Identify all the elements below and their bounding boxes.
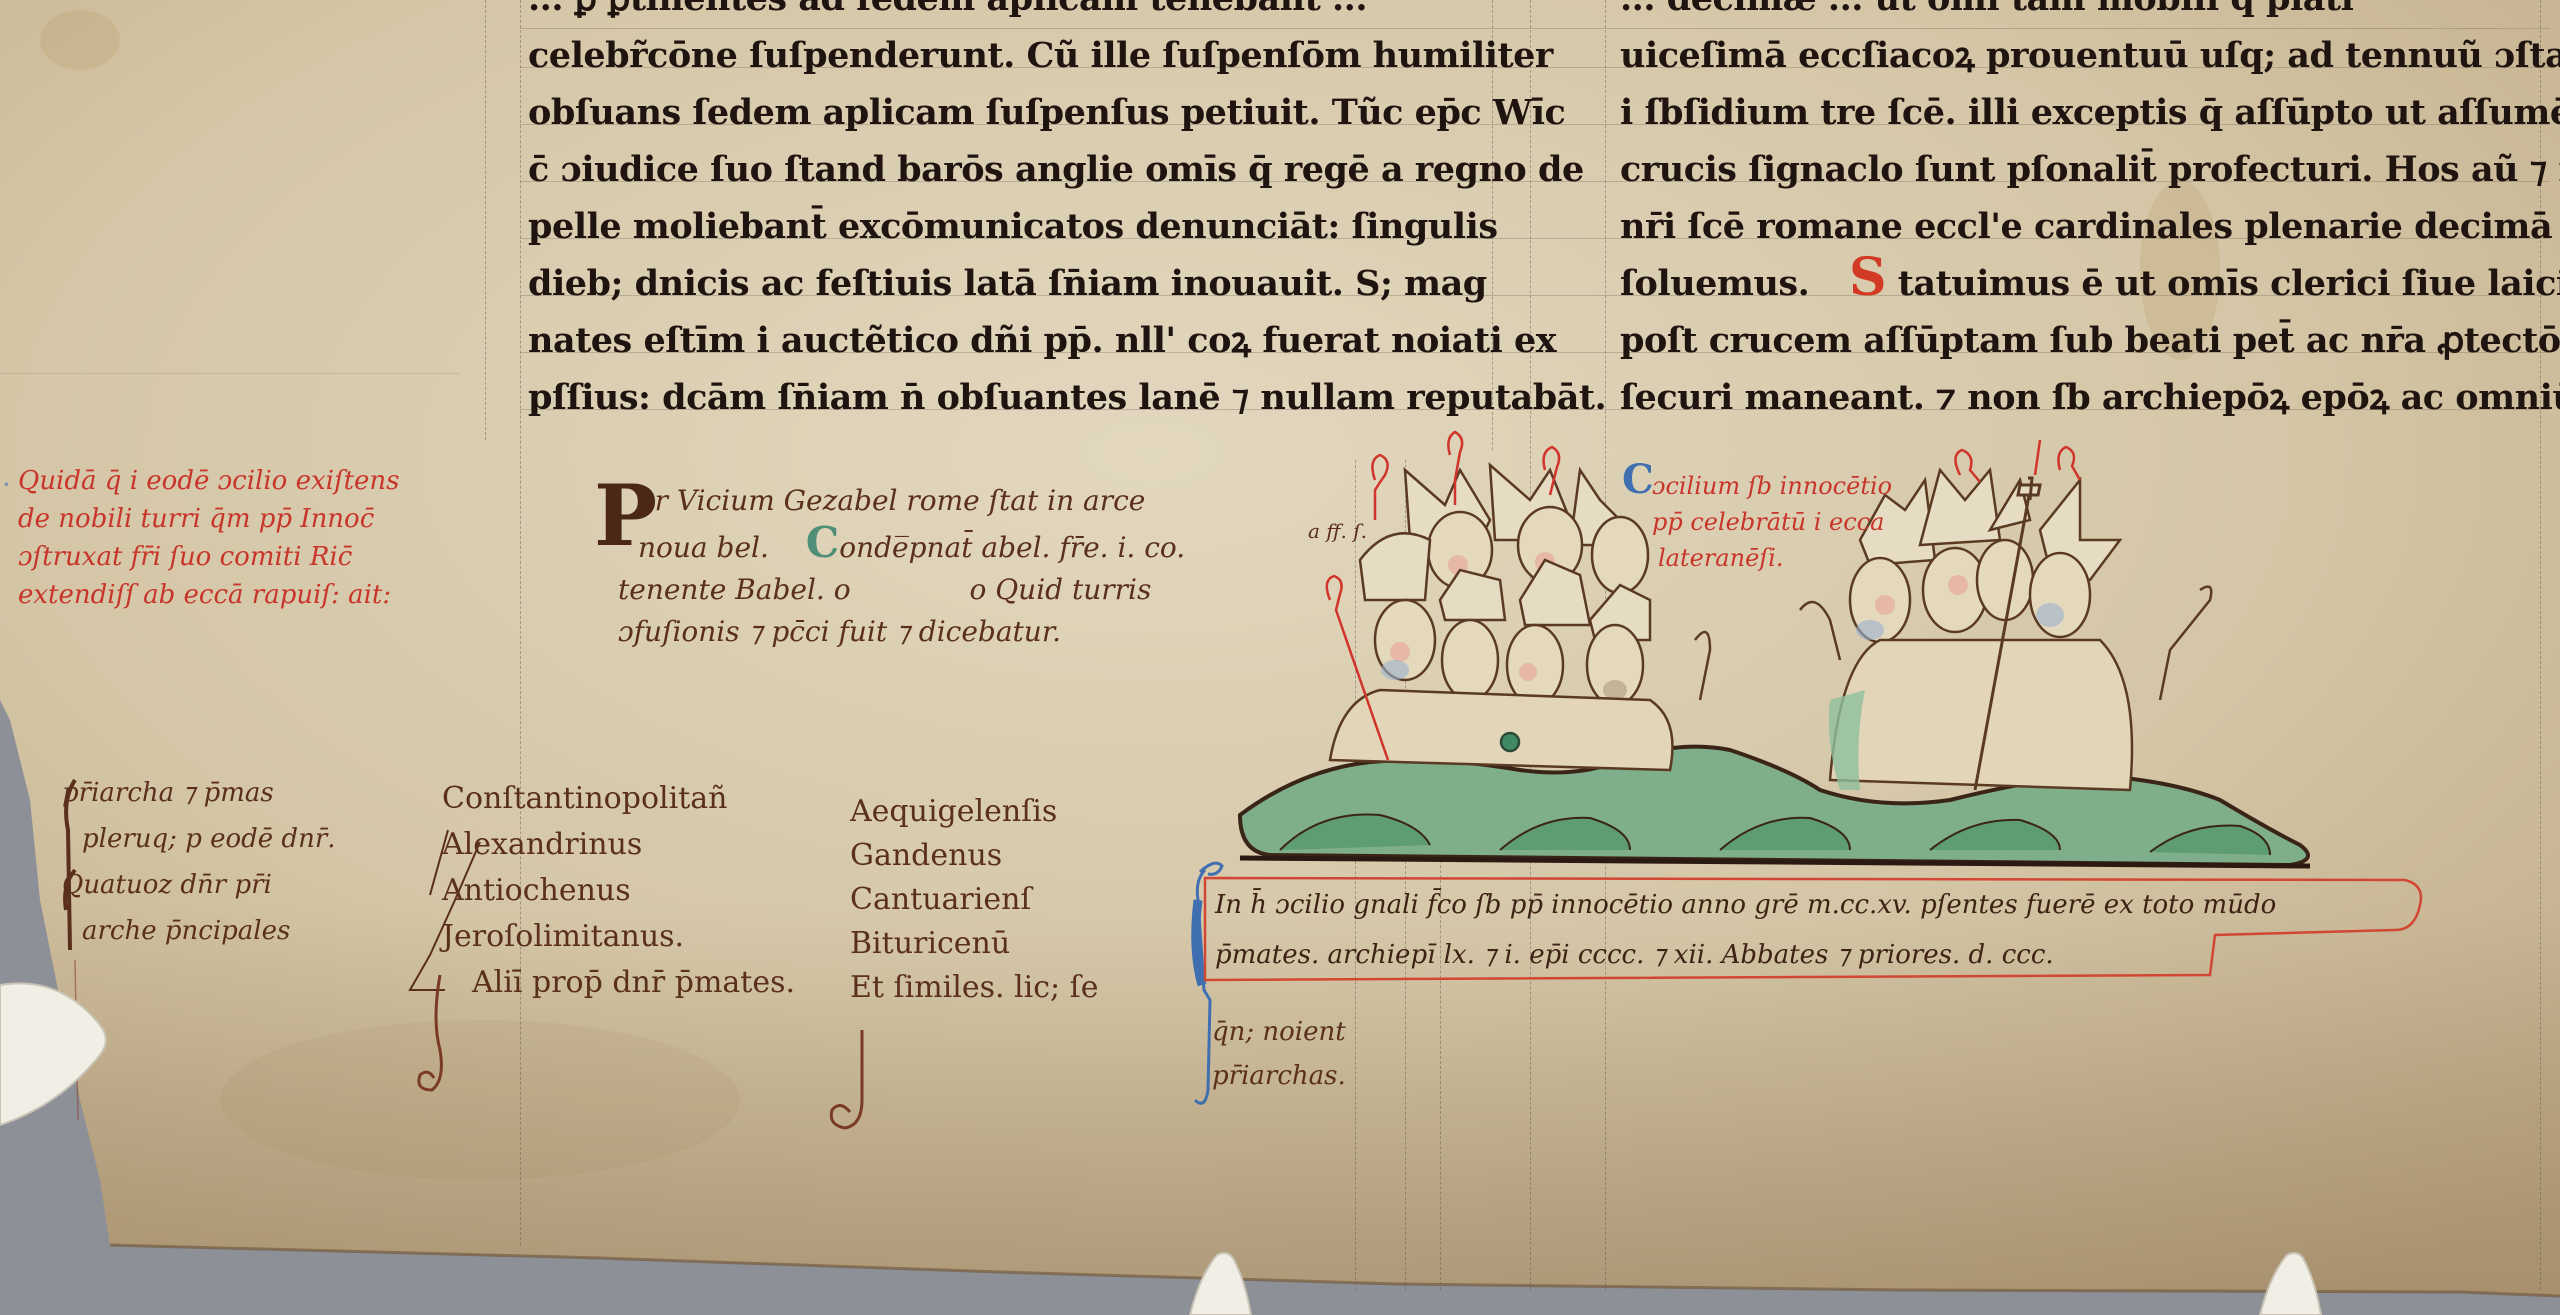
caption-line: p̄mates. archiepī lx. ⁊ i. ep̄i cccc. ⁊ … bbox=[1215, 930, 2276, 980]
caption-initial-i: I bbox=[1215, 890, 1225, 920]
manuscript-leaf: ... ꝑ ꝑtinentes ad ſedem ap̄licam teneba… bbox=[0, 0, 2560, 1315]
page-weight-clip-icon bbox=[2255, 1250, 2325, 1315]
caption-line: In h̄ ɔcilio gnali f̄co ſb pp̄ innocētio… bbox=[1215, 880, 2276, 930]
caption-fragment: n h̄ ɔcilio gnali f̄co ſb pp̄ innocētio … bbox=[1225, 890, 2276, 920]
page-weight-clip-icon bbox=[1185, 1250, 1255, 1315]
council-caption: In h̄ ɔcilio gnali f̄co ſb pp̄ innocētio… bbox=[1215, 880, 2276, 980]
caption-frame bbox=[0, 0, 2560, 1315]
page-weight-clip-icon bbox=[0, 965, 115, 1130]
